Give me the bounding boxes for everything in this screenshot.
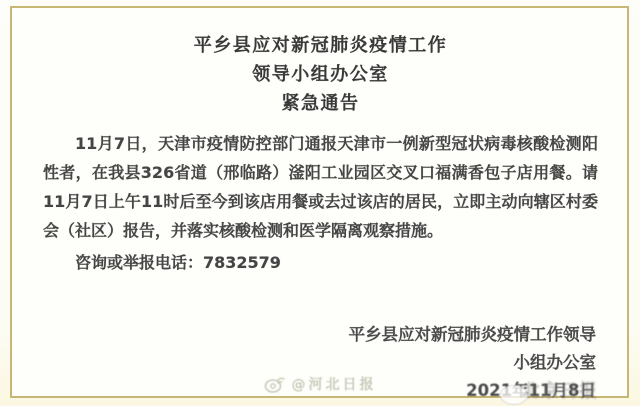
contact-phone-line: 咨询或举报电话：7832579 [43,248,598,277]
notice-title-block: 平乡县应对新冠肺炎疫情工作 领导小组办公室 紧急通告 [43,31,598,118]
paper-frame: 平乡县应对新冠肺炎疫情工作 领导小组办公室 紧急通告 11月7日，天津市疫情防控… [10,6,629,398]
bottom-watermark-text: @河北日报 [292,374,377,394]
weibo-logo-icon [264,375,286,393]
notice-title-line-1: 平乡县应对新冠肺炎疫情工作 [43,31,598,60]
bottom-watermark: @河北日报 [0,374,640,394]
notice-title-line-3: 紧急通告 [43,89,598,118]
notice-document: 平乡县应对新冠肺炎疫情工作 领导小组办公室 紧急通告 11月7日，天津市疫情防控… [24,16,614,386]
signature-line-1: 平乡县应对新冠肺炎疫情工作领导 [43,321,596,349]
notice-title-line-2: 领导小组办公室 [43,60,598,89]
screenshot-canvas: 平乡县应对新冠肺炎疫情工作 领导小组办公室 紧急通告 11月7日，天津市疫情防控… [0,0,640,406]
notice-body-paragraph: 11月7日，天津市疫情防控部门通报天津市一例新型冠状病毒核酸检测阳性者，在我县3… [43,129,598,245]
signature-line-2: 小组办公室 [43,349,596,377]
